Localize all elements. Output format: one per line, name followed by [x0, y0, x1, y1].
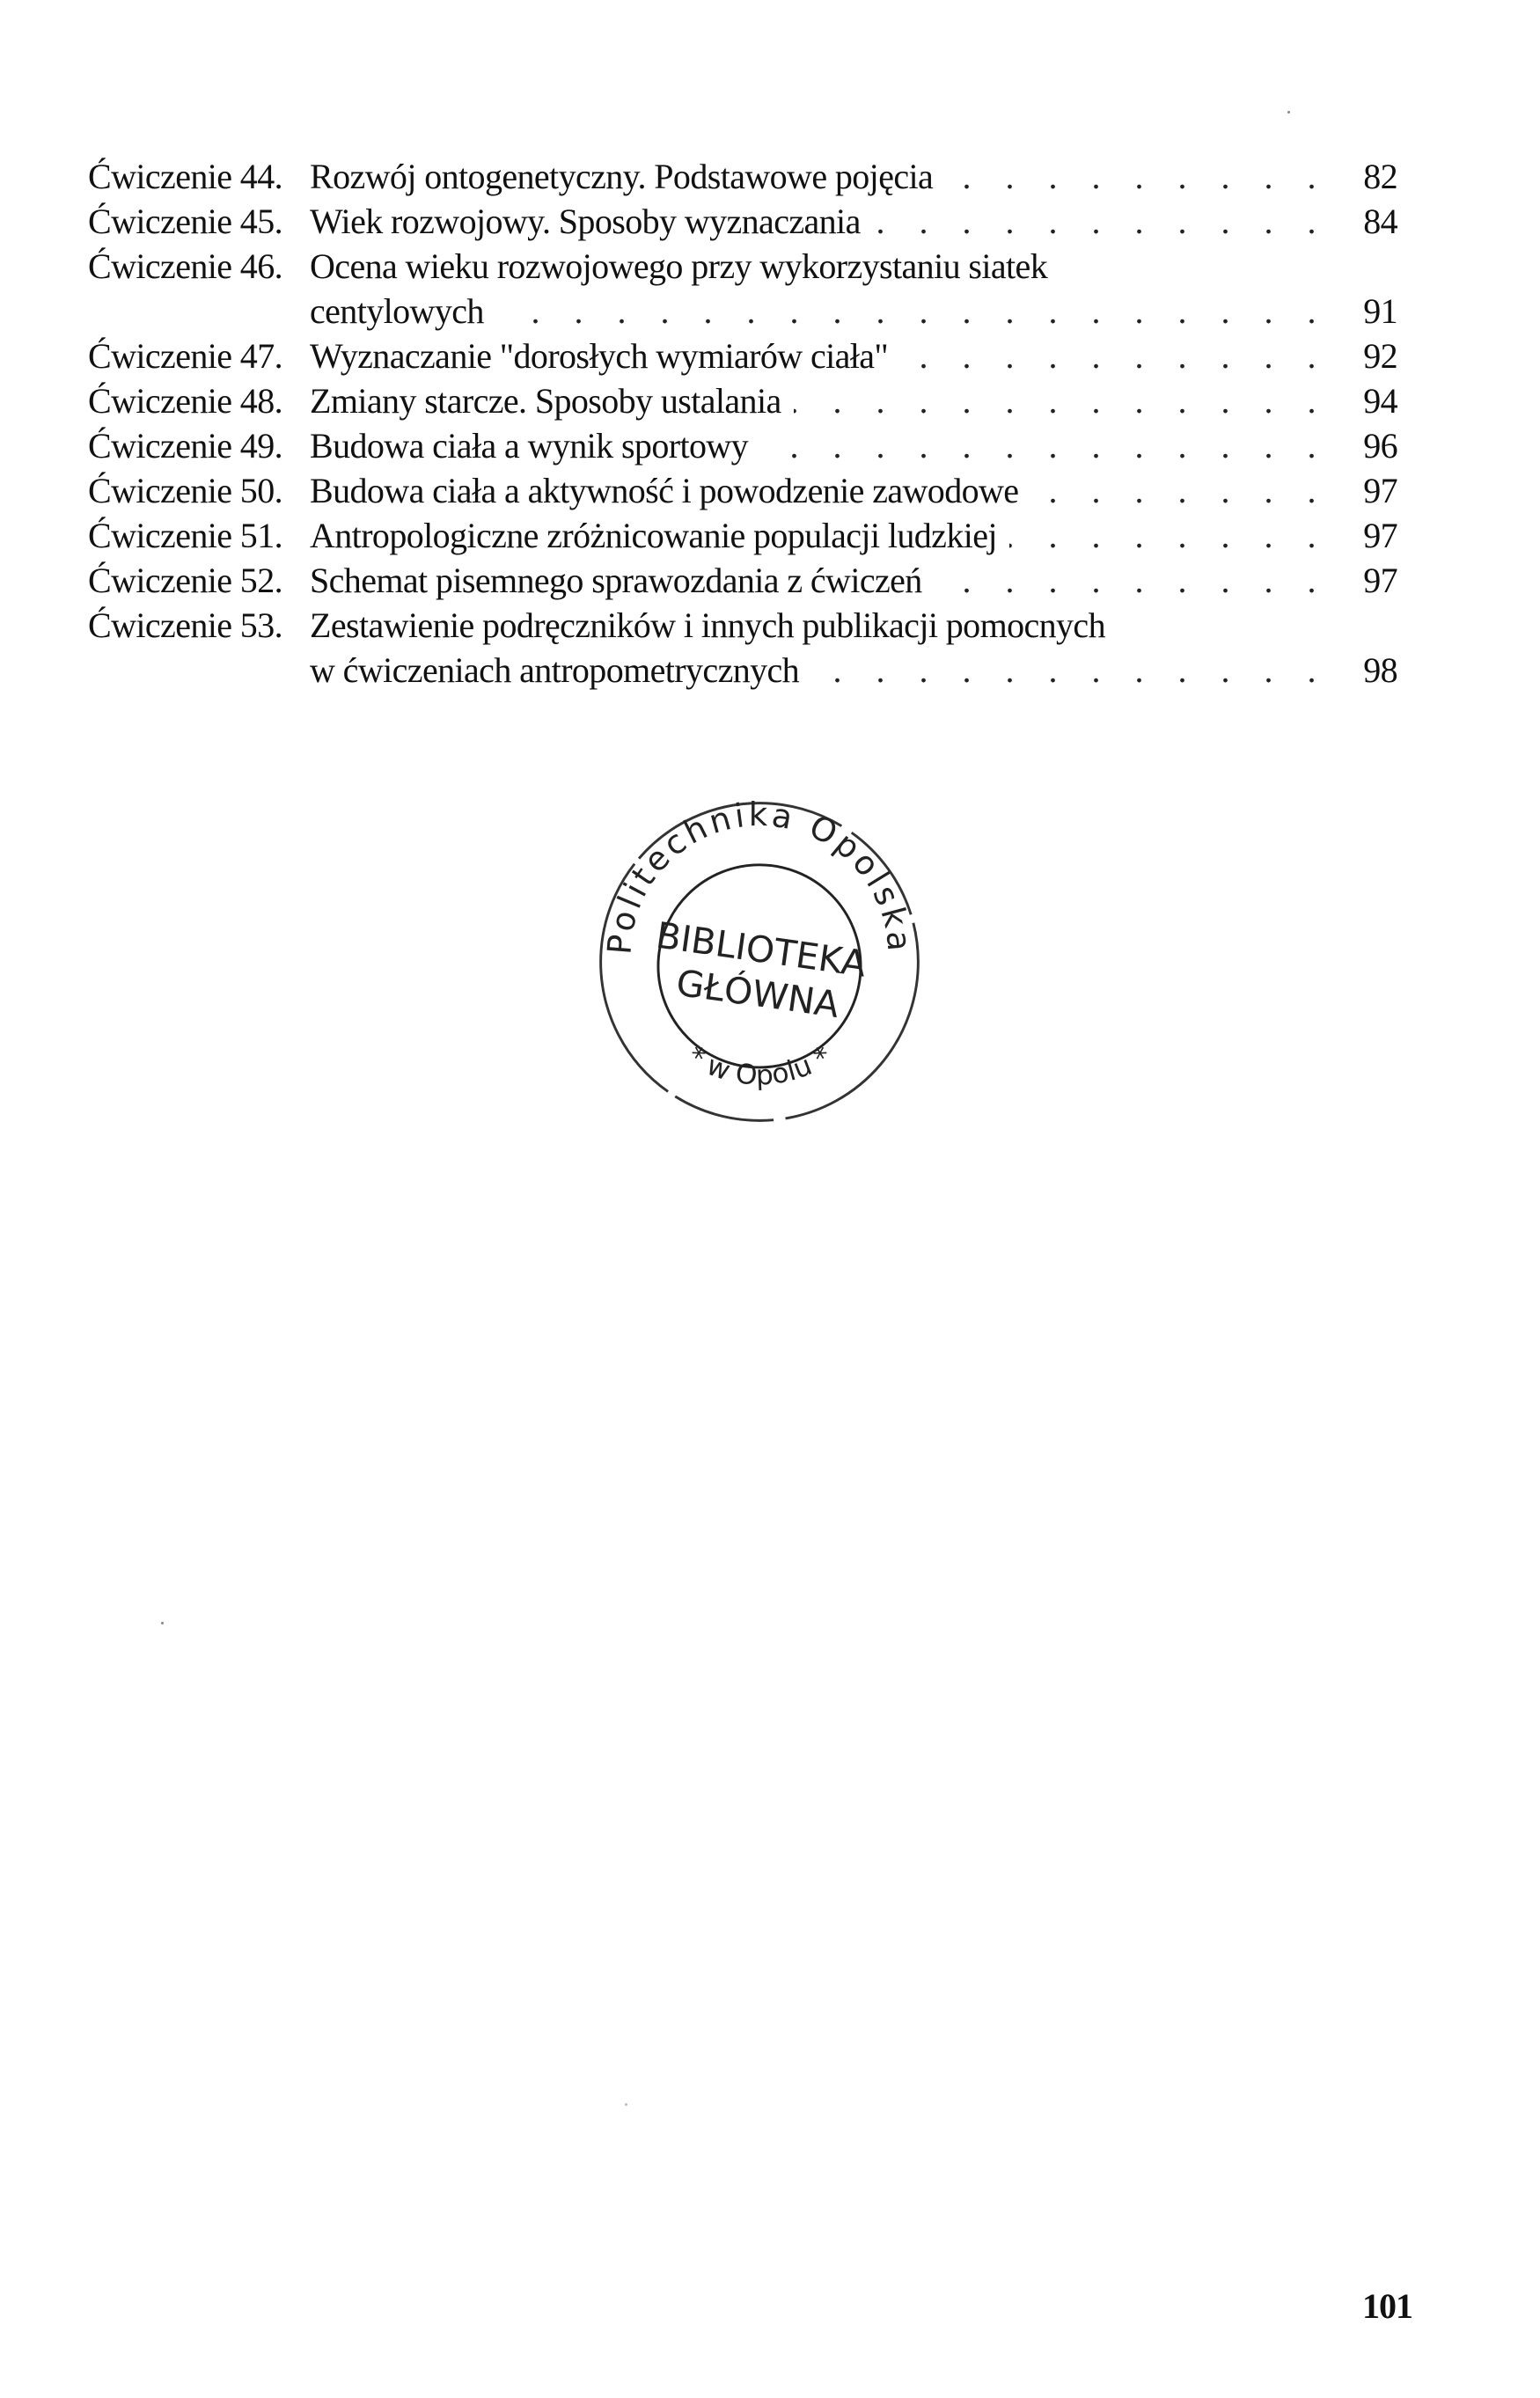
scan-speck [625, 2103, 627, 2106]
toc-entry-page: 96 [1329, 423, 1408, 468]
toc-entry-label: Ćwiczenie 52. [88, 558, 310, 603]
toc-entry-label: Ćwiczenie 46. [88, 244, 310, 289]
scan-speck [1287, 111, 1290, 114]
dot-leader: . . . . . . . . . . . . . . . . . . . . … [760, 423, 1329, 468]
toc-entry: Ćwiczenie 45. Wiek rozwojowy. Sposoby wy… [88, 199, 1408, 244]
dot-leader: . . . . . . . . . . . . . . . . . . . . … [873, 199, 1329, 244]
toc-entry-title-continuation: centylowych [310, 289, 484, 334]
library-stamp: Politechnika Opolska BIBLIOTEKA GŁÓWNA *… [588, 790, 931, 1133]
dot-leader: . . . . . . . . . . . . . . . . . . . . … [935, 558, 1329, 603]
dot-leader: . . . . . . . . . . . . . . . . . . . . … [794, 378, 1329, 423]
dot-leader: . . . . . . . . . . . . . . . . . . . . … [1009, 513, 1329, 558]
toc-entry-page: 97 [1329, 468, 1408, 513]
toc-entry-label: Ćwiczenie 48. [88, 378, 310, 423]
toc-entry-label: Ćwiczenie 45. [88, 199, 310, 244]
toc-entry: Ćwiczenie 52. Schemat pisemnego sprawozd… [88, 558, 1408, 603]
toc-entry-page: 82 [1329, 154, 1408, 199]
toc-entry: Ćwiczenie 46. Ocena wieku rozwojowego pr… [88, 244, 1408, 334]
toc-entry: Ćwiczenie 47. Wyznaczanie "dorosłych wym… [88, 334, 1408, 378]
scan-speck [161, 1622, 164, 1624]
toc-entry-page: 98 [1329, 648, 1408, 693]
dot-leader: . . . . . . . . . . . . . . . . . . . . … [811, 648, 1329, 693]
toc-entry: Ćwiczenie 44. Rozwój ontogenetyczny. Pod… [88, 154, 1408, 199]
toc-entry-title: Rozwój ontogenetyczny. Podstawowe pojęci… [310, 154, 933, 199]
toc-entry-title-continuation: w ćwiczeniach antropometrycznych [310, 648, 799, 693]
toc-entry: Ćwiczenie 53. Zestawienie podręczników i… [88, 603, 1408, 693]
toc-entry: Ćwiczenie 49. Budowa ciała a wynik sport… [88, 423, 1408, 468]
toc-entry-label: Ćwiczenie 47. [88, 334, 310, 378]
toc-entry-title: Zestawienie podręczników i innych publik… [310, 603, 1105, 648]
toc-entry-label: Ćwiczenie 50. [88, 468, 310, 513]
page-number: 101 [1362, 2285, 1412, 2327]
dot-leader: . . . . . . . . . . . . . . . . . . . . … [945, 154, 1329, 199]
toc-entry: Ćwiczenie 51. Antropologiczne zróżnicowa… [88, 513, 1408, 558]
toc-entry-page: 97 [1329, 513, 1408, 558]
toc-entry-title: Schemat pisemnego sprawozdania z ćwiczeń [310, 558, 922, 603]
toc-entry-page: 92 [1329, 334, 1408, 378]
table-of-contents: Ćwiczenie 44. Rozwój ontogenetyczny. Pod… [88, 154, 1408, 693]
toc-entry-label: Ćwiczenie 53. [88, 603, 310, 648]
toc-entry-title: Antropologiczne zróżnicowanie populacji … [310, 513, 997, 558]
toc-entry-page: 94 [1329, 378, 1408, 423]
toc-entry: Ćwiczenie 48. Zmiany starcze. Sposoby us… [88, 378, 1408, 423]
toc-entry: Ćwiczenie 50. Budowa ciała a aktywność i… [88, 468, 1408, 513]
toc-entry-page: 97 [1329, 558, 1408, 603]
toc-entry-title: Zmiany starcze. Sposoby ustalania [310, 378, 781, 423]
toc-entry-title: Budowa ciała a aktywność i powodzenie za… [310, 468, 1018, 513]
toc-entry-page: 91 [1329, 289, 1408, 334]
toc-entry-title: Budowa ciała a wynik sportowy [310, 423, 748, 468]
dot-leader: . . . . . . . . . . . . . . . . . . . . … [1030, 468, 1329, 513]
toc-entry-title: Wyznaczanie "dorosłych wymiarów ciała" [310, 334, 888, 378]
toc-entry-title: Wiek rozwojowy. Sposoby wyznaczania [310, 199, 861, 244]
stamp-bottom-text: * w Opolu * [682, 1040, 837, 1091]
dot-leader: . . . . . . . . . . . . . . . . . . . . … [496, 289, 1329, 334]
toc-entry-page: 84 [1329, 199, 1408, 244]
toc-entry-label: Ćwiczenie 51. [88, 513, 310, 558]
toc-entry-label: Ćwiczenie 44. [88, 154, 310, 199]
toc-entry-title: Ocena wieku rozwojowego przy wykorzystan… [310, 244, 1047, 289]
toc-entry-label: Ćwiczenie 49. [88, 423, 310, 468]
dot-leader: . . . . . . . . . . . . . . . . . . . . … [900, 334, 1329, 378]
